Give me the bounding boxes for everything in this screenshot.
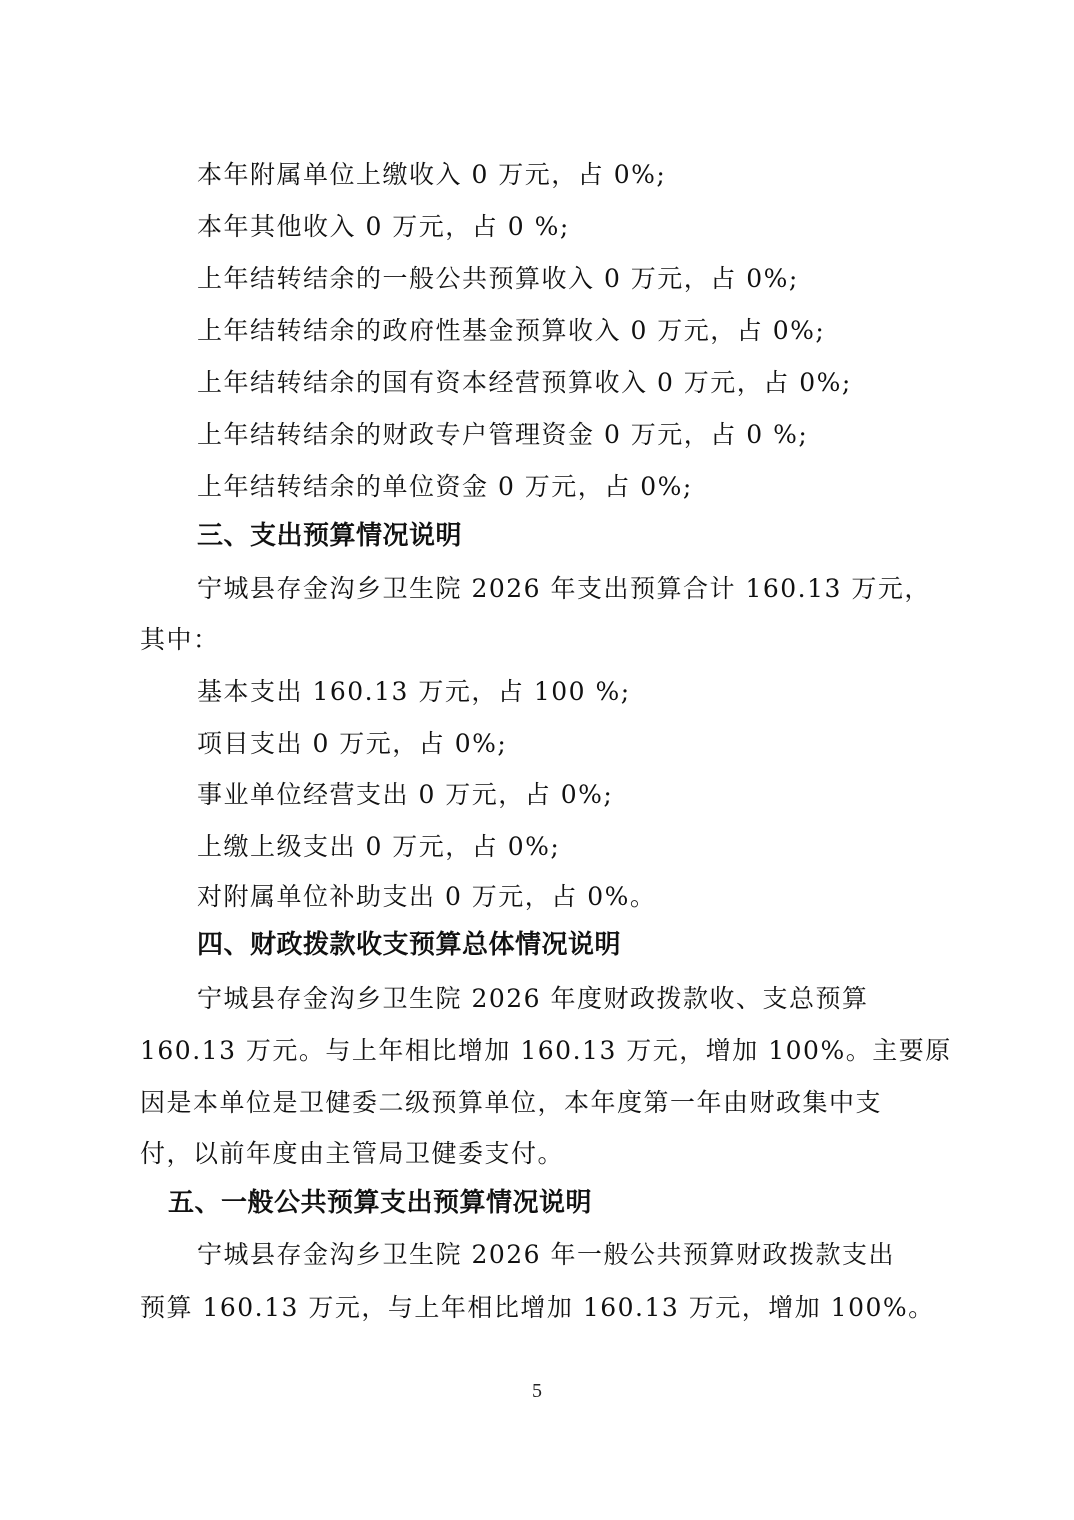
expenditure-item-project: 项目支出 0 万元，占 0%; (197, 729, 507, 759)
expenditure-item-subsidy-affiliated: 对附属单位补助支出 0 万元，占 0%。 (197, 882, 656, 912)
page-number: 5 (0, 1380, 1074, 1403)
expenditure-total-paragraph-cont: 其中： (140, 625, 220, 655)
expenditure-item-operating: 事业单位经营支出 0 万元，占 0%; (197, 780, 613, 810)
expenditure-item-remit-superior: 上缴上级支出 0 万元，占 0%; (197, 832, 560, 862)
fiscal-allocation-paragraph-line: 160.13 万元。与上年相比增加 160.13 万元，增加 100%。主要原 (140, 1036, 952, 1066)
income-line-other: 本年其他收入 0 万元，占 0 %; (197, 212, 570, 242)
expenditure-total-paragraph: 宁城县存金沟乡卫生院 2026 年支出预算合计 160.13 万元， (197, 574, 931, 604)
section-heading-fiscal-allocation: 四、财政拨款收支预算总体情况说明 (197, 930, 621, 960)
income-line-carryover-state-capital: 上年结转结余的国有资本经营预算收入 0 万元，占 0%; (197, 368, 852, 398)
expenditure-item-basic: 基本支出 160.13 万元，占 100 %; (197, 677, 631, 707)
general-public-budget-paragraph-line: 预算 160.13 万元，与上年相比增加 160.13 万元，增加 100%。 (140, 1293, 935, 1323)
fiscal-allocation-paragraph-line: 付，以前年度由主管局卫健委支付。 (140, 1139, 564, 1169)
income-line-carryover-general-public: 上年结转结余的一般公共预算收入 0 万元，占 0%; (197, 264, 799, 294)
section-heading-general-public-budget: 五、一般公共预算支出预算情况说明 (168, 1188, 592, 1218)
income-line-carryover-government-fund: 上年结转结余的政府性基金预算收入 0 万元，占 0%; (197, 316, 825, 346)
section-heading-expenditure: 三、支出预算情况说明 (197, 521, 462, 551)
income-line-carryover-unit-funds: 上年结转结余的单位资金 0 万元，占 0%; (197, 472, 693, 502)
fiscal-allocation-paragraph-line: 宁城县存金沟乡卫生院 2026 年度财政拨款收、支总预算 (197, 984, 869, 1014)
general-public-budget-paragraph-line: 宁城县存金沟乡卫生院 2026 年一般公共预算财政拨款支出 (197, 1240, 895, 1270)
fiscal-allocation-paragraph-line: 因是本单位是卫健委二级预算单位，本年度第一年由财政集中支 (140, 1088, 882, 1118)
document-page: 本年附属单位上缴收入 0 万元，占 0%; 本年其他收入 0 万元，占 0 %;… (0, 0, 1074, 1520)
income-line-carryover-special-account: 上年结转结余的财政专户管理资金 0 万元，占 0 %; (197, 420, 808, 450)
income-line-affiliated-unit: 本年附属单位上缴收入 0 万元，占 0%; (197, 160, 666, 190)
